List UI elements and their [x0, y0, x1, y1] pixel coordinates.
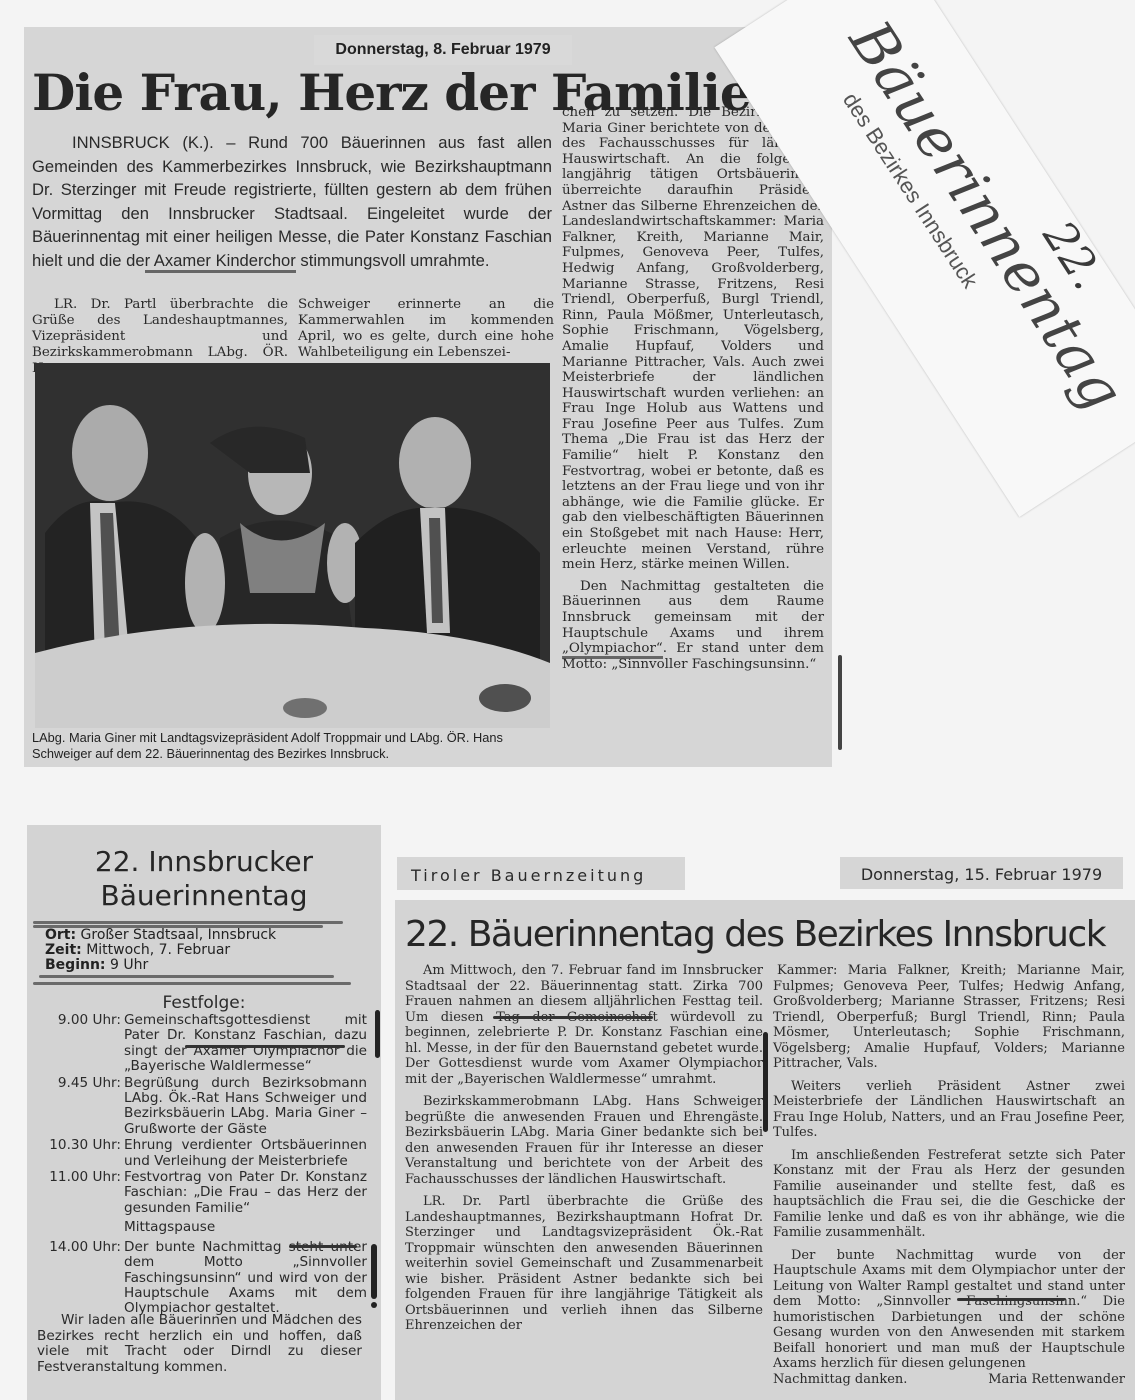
program-list: 9.00 Uhr:Gemeinschaftsgottesdienst mit P… — [37, 1013, 367, 1318]
photo-three-people-at-table — [35, 363, 550, 728]
lead-text-end: stimmungsvoll umrahmte. — [296, 251, 490, 270]
program-time — [37, 1220, 124, 1235]
program-text: Ehrung verdienter Ortsbäuerinnen und Ver… — [124, 1138, 367, 1169]
info-key: Zeit: — [45, 942, 82, 958]
closing-line: Nachmittag danken. — [773, 1372, 907, 1388]
underline-marker — [289, 1245, 357, 1248]
margin-marker — [375, 1010, 380, 1058]
underline-marker — [33, 982, 351, 985]
program-text: Begrüßung durch Bezirksobmann LAbg. Ök.-… — [124, 1076, 367, 1138]
clipping-bauernzeitung: 22. Bäuerinnentag des Bezirkes Innsbruck… — [395, 900, 1135, 1400]
column-b: Kammer: Maria Falkner, Kreith; Marianne … — [773, 963, 1125, 1387]
author: Maria Rettenwander — [988, 1372, 1125, 1388]
photo-illustration — [35, 363, 550, 728]
paragraph: Im anschließenden Festreferat setzte sic… — [773, 1148, 1125, 1241]
paragraph: Bezirkskammerobmann LAbg. Hans Schweiger… — [405, 1094, 763, 1187]
info-row: Ort: Großer Stadtsaal, Innsbruck — [45, 928, 276, 943]
underline-marker — [957, 1298, 1065, 1301]
program-item: 10.30 Uhr:Ehrung verdienter Ortsbäuerinn… — [37, 1138, 367, 1169]
clipping-die-frau-herz-der-familie: Donnerstag, 8. Februar 1979 Die Frau, He… — [24, 27, 832, 767]
paragraph-text: Den Nachmittag gestalteten die Bäuerinne… — [562, 579, 824, 641]
program-item: 9.45 Uhr:Begrüßung durch Bezirksobmann L… — [37, 1076, 367, 1138]
program-item: 14.00 Uhr:Der bunte Nachmittag steht unt… — [37, 1240, 367, 1317]
program-text: Festvortrag von Pater Dr. Konstanz Fasch… — [124, 1170, 367, 1216]
festfolge-heading: Festfolge: — [27, 993, 381, 1013]
info-key: Beginn: — [45, 957, 106, 973]
info-value: Mittwoch, 7. Februar — [82, 942, 230, 958]
paragraph: LR. Dr. Partl überbrachte die Grüße des … — [405, 1194, 763, 1334]
headline: 22. Bäuerinnentag des Bezirkes Innsbruck — [405, 914, 1105, 955]
program-time: 9.00 Uhr: — [37, 1013, 124, 1075]
newspaper-name: Tiroler Bauernzeitung — [397, 857, 685, 890]
underline-marker — [33, 921, 343, 924]
info-key: Ort: — [45, 927, 76, 943]
program-title-line1: 22. Innsbrucker — [27, 845, 381, 879]
highlighted-text: r Axamer Kinderchor — [145, 251, 296, 273]
paragraph: Der bunte Nachmittag wurde von der Haupt… — [773, 1248, 1125, 1372]
program-time: 9.45 Uhr: — [37, 1076, 124, 1138]
program-title: 22. Innsbrucker Bäuerinnentag — [27, 845, 381, 913]
margin-marker — [763, 1032, 768, 1132]
underline-marker — [39, 975, 334, 978]
lead-text: INNSBRUCK (K.). – Rund 700 Bäuerinnen au… — [32, 133, 552, 270]
program-time: 14.00 Uhr: — [37, 1240, 124, 1317]
program-text: Mittagspause — [124, 1220, 367, 1235]
lead-paragraph: INNSBRUCK (K.). – Rund 700 Bäuerinnen au… — [32, 131, 552, 272]
column-a: Am Mittwoch, den 7. Februar fand im Inns… — [405, 963, 763, 1341]
program-text: Gemeinschaftsgottesdienst mit Pater Dr. … — [124, 1013, 367, 1075]
program-item: Mittagspause — [37, 1220, 367, 1235]
column-b: Schweiger erinnerte an die Kammerwahlen … — [298, 297, 554, 361]
photo-caption: LAbg. Maria Giner mit Landtagsvizepräsid… — [32, 730, 557, 761]
paragraph: chen zu setzen. Die Bezirksbäuerin Maria… — [562, 105, 824, 573]
program-item: 11.00 Uhr:Festvortrag von Pater Dr. Kons… — [37, 1170, 367, 1216]
info-value: 9 Uhr — [106, 957, 149, 973]
paragraph: Am Mittwoch, den 7. Februar fand im Inns… — [405, 963, 763, 1087]
underline-marker — [185, 1045, 345, 1048]
program-time: 10.30 Uhr: — [37, 1138, 124, 1169]
info-row: Zeit: Mittwoch, 7. Februar — [45, 943, 276, 958]
clipping-date: Donnerstag, 8. Februar 1979 — [314, 35, 572, 65]
clipping-program: 22. Innsbrucker Bäuerinnentag Ort: Große… — [27, 825, 381, 1400]
program-title-line2: Bäuerinnentag — [27, 879, 381, 913]
paragraph: Kammer: Maria Falkner, Kreith; Marianne … — [773, 963, 1125, 1072]
column-c: chen zu setzen. Die Bezirksbäuerin Maria… — [562, 105, 824, 672]
paragraph: Weiters verlieh Präsident Astner zwei Me… — [773, 1079, 1125, 1141]
info-row: Beginn: 9 Uhr — [45, 958, 276, 973]
clipping-date: Donnerstag, 15. Februar 1979 — [840, 857, 1123, 889]
paragraph: Den Nachmittag gestalteten die Bäuerinne… — [562, 579, 824, 673]
event-info: Ort: Großer Stadtsaal, Innsbruck Zeit: M… — [45, 928, 276, 973]
program-time: 11.00 Uhr: — [37, 1170, 124, 1216]
invitation-text: Wir laden alle Bäuerinnen und Mädchen de… — [37, 1313, 362, 1375]
program-text: Der bunte Nachmittag steht unter dem Mot… — [124, 1240, 367, 1317]
margin-marker — [838, 655, 842, 750]
underline-marker — [493, 1016, 653, 1019]
program-item: 9.00 Uhr:Gemeinschaftsgottesdienst mit P… — [37, 1013, 367, 1075]
info-value: Großer Stadtsaal, Innsbruck — [76, 927, 276, 943]
margin-marker-dot — [371, 1302, 377, 1308]
margin-marker — [371, 1244, 377, 1299]
signoff: Nachmittag danken. Maria Rettenwander — [773, 1372, 1125, 1388]
